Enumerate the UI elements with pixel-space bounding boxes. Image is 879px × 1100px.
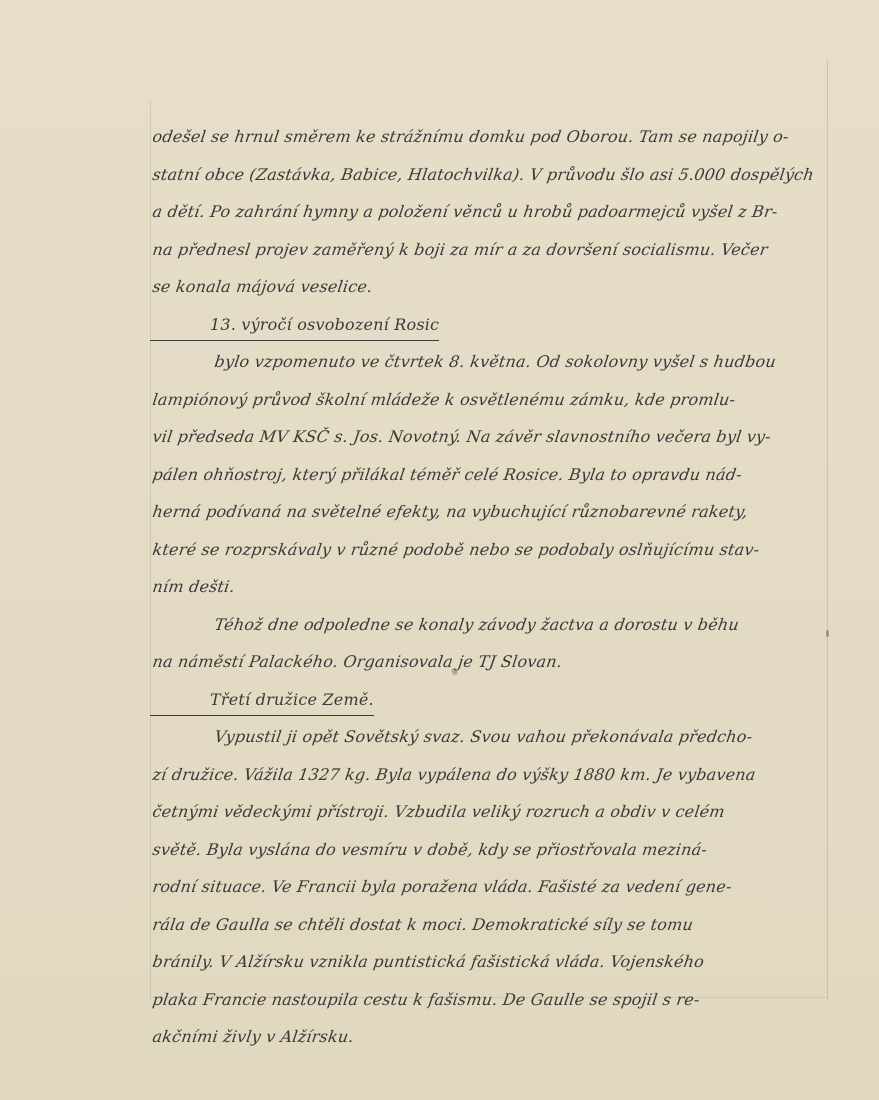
text-line: na náměstí Palackého. Organisovala je TJ…: [150, 643, 830, 681]
text-line: se konala májová veselice.: [150, 268, 830, 306]
text-line: světě. Byla vyslána do vesmíru v době, k…: [150, 831, 830, 869]
section-heading-liberation: 13. výročí osvobození Rosic: [150, 310, 439, 341]
paragraph-may-day: odešel se hrnul směrem ke strážnímu domk…: [150, 118, 825, 306]
paragraph-satellite: Vypustil ji opět Sovětský svaz. Svou vah…: [150, 718, 825, 1056]
text-line: Téhož dne odpoledne se konaly závody žac…: [150, 606, 830, 644]
document-page: odešel se hrnul směrem ke strážnímu domk…: [0, 0, 879, 1100]
section-heading-row: Třetí družice Země.: [150, 681, 825, 719]
text-line: lampiónový průvod školní mládeže k osvět…: [150, 381, 830, 419]
text-line: Vypustil ji opět Sovětský svaz. Svou vah…: [150, 718, 830, 756]
text-line: bylo vzpomenuto ve čtvrtek 8. května. Od…: [150, 343, 830, 381]
text-line: pálen ohňostroj, který přilákal téměř ce…: [150, 456, 830, 494]
text-line: bránily. V Alžírsku vznikla puntistická …: [150, 943, 830, 981]
section-heading-row: 13. výročí osvobození Rosic: [150, 306, 825, 344]
text-line: četnými vědeckými přístroji. Vzbudila ve…: [150, 793, 830, 831]
text-line: rodní situace. Ve Francii byla poražena …: [150, 868, 830, 906]
text-line: na přednesl projev zaměřený k boji za mí…: [150, 231, 830, 269]
text-line: plaka Francie nastoupila cestu k fašismu…: [150, 981, 830, 1019]
text-line: ním dešti.: [150, 568, 830, 606]
text-line: vil předseda MV KSČ s. Jos. Novotný. Na …: [150, 418, 830, 456]
text-line: rála de Gaulla se chtěli dostat k moci. …: [150, 906, 830, 944]
text-line: odešel se hrnul směrem ke strážnímu domk…: [150, 118, 830, 156]
paragraph-liberation: bylo vzpomenuto ve čtvrtek 8. května. Od…: [150, 343, 825, 681]
text-line: které se rozprskávaly v různé podobě neb…: [150, 531, 830, 569]
section-heading-satellite: Třetí družice Země.: [150, 685, 374, 716]
text-line: akčními živly v Alžírsku.: [150, 1018, 830, 1056]
text-line: herná podívaná na světelné efekty, na vy…: [150, 493, 830, 531]
text-line: statní obce (Zastávka, Babice, Hlatochvi…: [150, 156, 830, 194]
text-line: a dětí. Po zahrání hymny a položení věnc…: [150, 193, 830, 231]
handwritten-text: odešel se hrnul směrem ke strážnímu domk…: [150, 118, 825, 1056]
text-line: zí družice. Vážila 1327 kg. Byla vypálen…: [150, 756, 830, 794]
